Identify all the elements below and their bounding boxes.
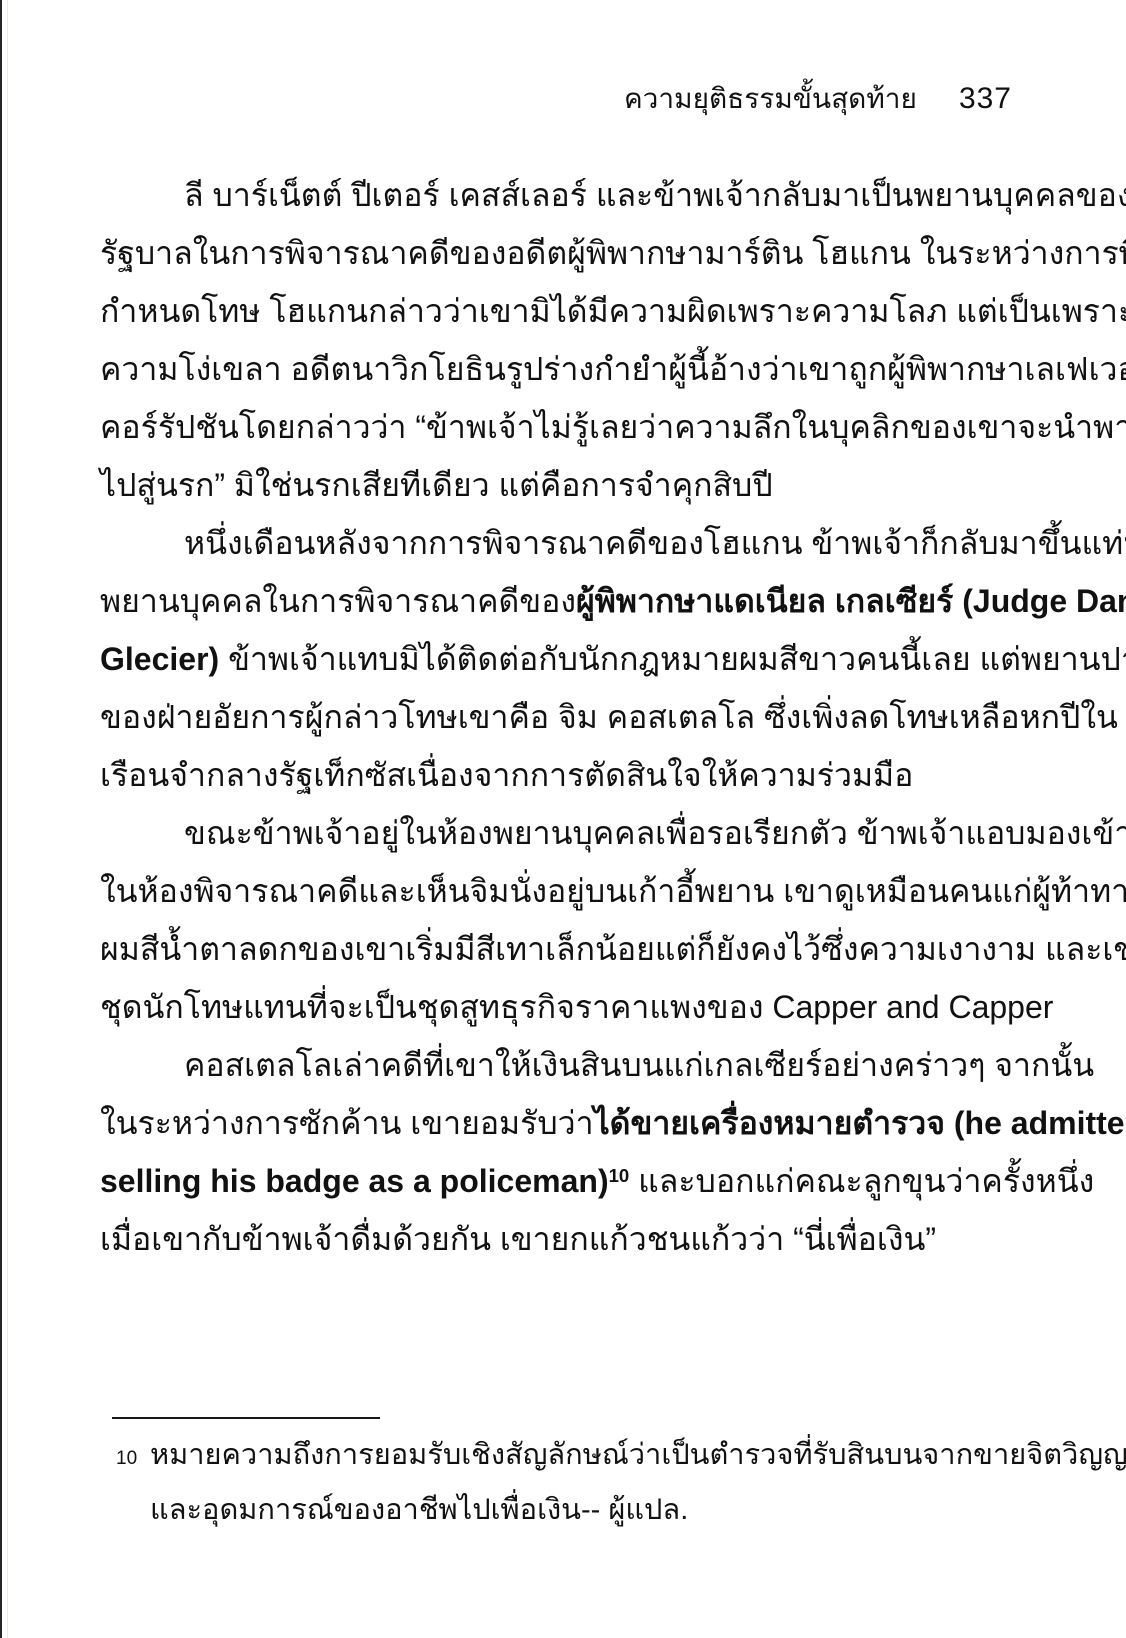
body-line-p2-l2: พยานบุคคลในการพิจารณาคดีของผู้พิพากษาแดเ… <box>100 572 1012 630</box>
text-segment: ความโง่เขลา อดีตนาวิกโยธินรูปร่างกำยำผู้… <box>100 351 1126 387</box>
text-segment: และบอกแก่คณะลูกขุนว่าครั้งหนึ่ง <box>629 1163 1094 1199</box>
footnote-marker: 10 <box>116 1431 137 1486</box>
body-line-p3-l4: ชุดนักโทษแทนที่จะเป็นชุดสูทธุรกิจราคาแพง… <box>100 978 1012 1036</box>
text-segment: คอร์รัปชันโดยกล่าวว่า “ข้าพเจ้าไม่รู้เลย… <box>100 409 1126 445</box>
body-text: ลี บาร์เน็ตต์ ปีเตอร์ เคสส์เลอร์ และข้าพ… <box>100 166 1012 1268</box>
text-segment: ชุดนักโทษแทนที่จะเป็นชุดสูทธุรกิจราคาแพง… <box>100 989 1053 1025</box>
body-line-p2-l4: ของฝ่ายอัยการผู้กล่าวโทษเขาคือ จิม คอสเต… <box>100 688 1012 746</box>
body-line-p3-l1: ขณะข้าพเจ้าอยู่ในห้องพยานบุคคลเพื่อรอเรี… <box>100 804 1012 862</box>
text-segment: รัฐบาลในการพิจารณาคดีของอดีตผู้พิพากษามา… <box>100 235 1126 271</box>
body-line-p1-l1: ลี บาร์เน็ตต์ ปีเตอร์ เคสส์เลอร์ และข้าพ… <box>100 166 1012 224</box>
text-segment: กำหนดโทษ โฮแกนกล่าวว่าเขามิได้มีความผิดเ… <box>100 293 1126 329</box>
running-header: ความยุติธรรมขั้นสุดท้าย337 <box>100 82 1012 116</box>
emphasis-text: ผู้พิพากษาแดเนียล เกลเซียร์ (Judge Danie… <box>576 583 1126 619</box>
text-segment: ไปสู่นรก” มิใช่นรกเสียทีเดียว แต่คือการจ… <box>100 467 773 503</box>
body-line-p3-l3: ผมสีน้ำตาลดกของเขาเริ่มมีสีเทาเล็กน้อยแต… <box>100 920 1012 978</box>
body-line-p1-l6: ไปสู่นรก” มิใช่นรกเสียทีเดียว แต่คือการจ… <box>100 456 1012 514</box>
body-line-p2-l3: Glecier) ข้าพเจ้าแทบมิได้ติดต่อกับนักกฎห… <box>100 630 1012 688</box>
text-segment: ลี บาร์เน็ตต์ ปีเตอร์ เคสส์เลอร์ และข้าพ… <box>184 177 1126 213</box>
text-segment: ขณะข้าพเจ้าอยู่ในห้องพยานบุคคลเพื่อรอเรี… <box>184 815 1126 851</box>
text-segment: ข้าพเจ้าแทบมิได้ติดต่อกับนักกฎหมายผมสีขา… <box>219 641 1126 677</box>
body-line-p2-l1: หนึ่งเดือนหลังจากการพิจารณาคดีของโฮแกน ข… <box>100 514 1012 572</box>
footnote-text-segment: และอุดมการณ์ของอาชีพไปเพื่อเงิน-- ผู้แปล… <box>150 1494 688 1526</box>
footnote-line-1: 10หมายความถึงการยอมรับเชิงสัญลักษณ์ว่าเป… <box>100 1428 1012 1483</box>
body-line-p4-l4: เมื่อเขากับข้าพเจ้าดื่มด้วยกัน เขายกแก้ว… <box>100 1210 1012 1268</box>
text-segment: เมื่อเขากับข้าพเจ้าดื่มด้วยกัน เขายกแก้ว… <box>100 1221 936 1257</box>
emphasis-text: ได้ขายเครื่องหมายตำรวจ (he admitted <box>594 1105 1126 1141</box>
emphasis-text: Glecier) <box>100 641 219 677</box>
text-segment: ในห้องพิจารณาคดีและเห็นจิมนั่งอยู่บนเก้า… <box>100 873 1126 909</box>
body-line-p1-l3: กำหนดโทษ โฮแกนกล่าวว่าเขามิได้มีความผิดเ… <box>100 282 1012 340</box>
body-line-p1-l5: คอร์รัปชันโดยกล่าวว่า “ข้าพเจ้าไม่รู้เลย… <box>100 398 1012 456</box>
book-page: ความยุติธรรมขั้นสุดท้าย337 ลี บาร์เน็ตต์… <box>0 0 1126 1638</box>
footnote-line-2: และอุดมการณ์ของอาชีพไปเพื่อเงิน-- ผู้แปล… <box>100 1483 1012 1538</box>
footnote-separator <box>112 1417 380 1419</box>
body-line-p1-l2: รัฐบาลในการพิจารณาคดีของอดีตผู้พิพากษามา… <box>100 224 1012 282</box>
body-line-p1-l4: ความโง่เขลา อดีตนาวิกโยธินรูปร่างกำยำผู้… <box>100 340 1012 398</box>
page-scan-edge-faint <box>7 0 8 1638</box>
text-segment: คอสเตลโลเล่าคดีที่เขาให้เงินสินบนแก่เกลเ… <box>184 1047 1094 1083</box>
body-line-p4-l2: ในระหว่างการซักค้าน เขายอมรับว่าได้ขายเค… <box>100 1094 1012 1152</box>
text-segment: ผมสีน้ำตาลดกของเขาเริ่มมีสีเทาเล็กน้อยแต… <box>100 931 1126 967</box>
text-segment: พยานบุคคลในการพิจารณาคดีของ <box>100 583 576 619</box>
emphasis-text: selling his badge as a policeman) <box>100 1163 609 1199</box>
footnote-reference: 10 <box>609 1165 630 1186</box>
page-number: 337 <box>959 82 1012 115</box>
footnote: 10หมายความถึงการยอมรับเชิงสัญลักษณ์ว่าเป… <box>100 1428 1012 1538</box>
body-line-p4-l3: selling his badge as a policeman)10 และบ… <box>100 1152 1012 1210</box>
text-segment: ของฝ่ายอัยการผู้กล่าวโทษเขาคือ จิม คอสเต… <box>100 699 1118 735</box>
footnote-text-segment: หมายความถึงการยอมรับเชิงสัญลักษณ์ว่าเป็น… <box>150 1439 1126 1471</box>
chapter-title: ความยุติธรรมขั้นสุดท้าย <box>624 83 917 114</box>
body-line-p2-l5: เรือนจำกลางรัฐเท็กซัสเนื่องจากการตัดสินใ… <box>100 746 1012 804</box>
page-scan-edge <box>0 0 2 1638</box>
body-line-p4-l1: คอสเตลโลเล่าคดีที่เขาให้เงินสินบนแก่เกลเ… <box>100 1036 1012 1094</box>
text-segment: เรือนจำกลางรัฐเท็กซัสเนื่องจากการตัดสินใ… <box>100 757 913 793</box>
text-segment: หนึ่งเดือนหลังจากการพิจารณาคดีของโฮแกน ข… <box>184 525 1126 561</box>
text-segment: ในระหว่างการซักค้าน เขายอมรับว่า <box>100 1105 594 1141</box>
body-line-p3-l2: ในห้องพิจารณาคดีและเห็นจิมนั่งอยู่บนเก้า… <box>100 862 1012 920</box>
